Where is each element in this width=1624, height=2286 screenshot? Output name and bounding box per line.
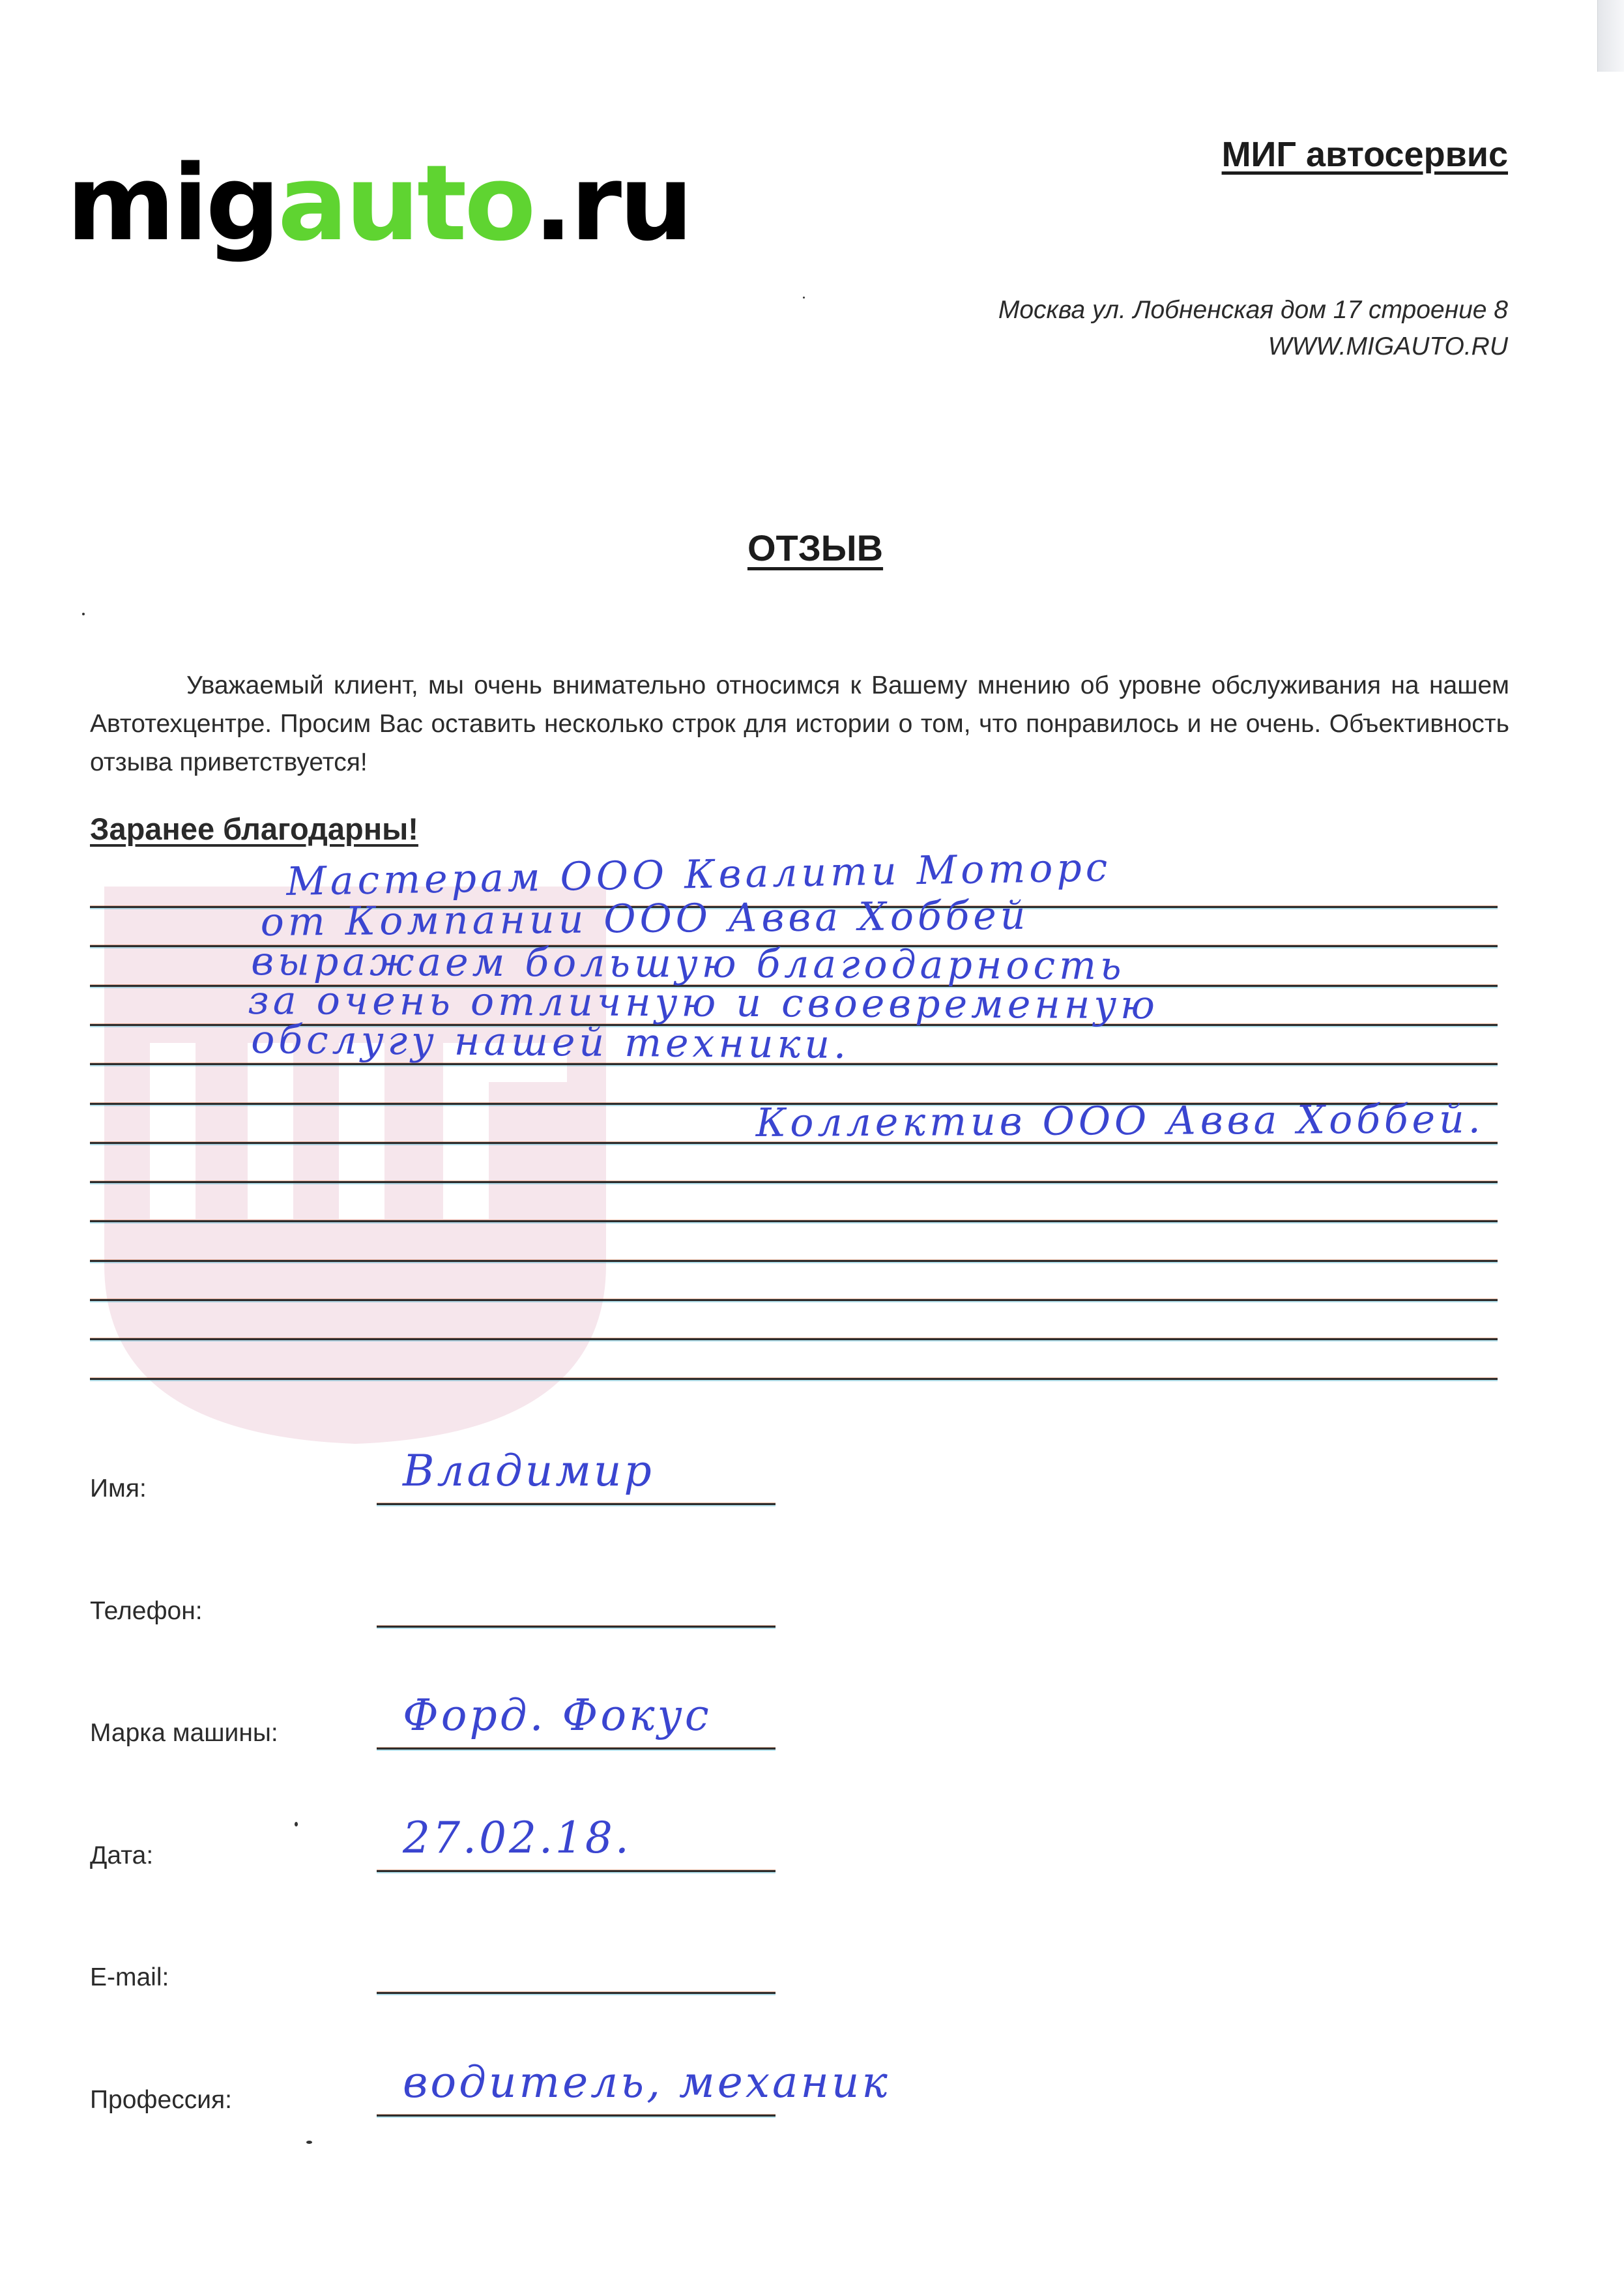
email-field[interactable]	[377, 1992, 776, 1994]
ruled-line	[90, 1220, 1498, 1222]
handwritten-review-line: обслугу нашей техники.	[251, 1017, 850, 1068]
ruled-line	[90, 1378, 1498, 1380]
logo-accent: auto	[278, 142, 533, 264]
scan-speck	[82, 613, 85, 615]
email-label: E-mail:	[90, 1963, 169, 1992]
handwritten-review-line: Коллектив ООО Авва Хоббей.	[756, 1096, 1485, 1146]
date-value: 27.02.18.	[403, 1813, 631, 1863]
migauto-logo: migauto.ru	[66, 151, 691, 256]
scan-speck	[803, 297, 805, 299]
thanks-heading: Заранее благодарны!	[90, 811, 418, 847]
scan-edge-artifact	[1597, 0, 1624, 72]
ruled-line	[90, 1181, 1498, 1183]
car-brand-field[interactable]	[377, 1748, 776, 1750]
company-address: Москва ул. Лобненская дом 17 строение 8	[998, 292, 1508, 329]
ruled-line	[90, 1299, 1498, 1301]
company-website: WWW.MIGAUTO.RU	[998, 329, 1508, 365]
date-label: Дата:	[90, 1841, 153, 1870]
phone-field[interactable]	[377, 1626, 776, 1628]
ruled-line	[90, 1338, 1498, 1340]
feedback-form-page: migauto.ru МИГ автосервис Москва ул. Лоб…	[0, 0, 1624, 2286]
phone-label: Телефон:	[90, 1597, 203, 1626]
profession-field[interactable]	[377, 2115, 776, 2117]
logo-suffix: .ru	[533, 142, 691, 264]
name-value: Владимир	[403, 1446, 654, 1496]
document-title: ОТЗЫВ	[747, 527, 883, 568]
document-title-wrap: ОТЗЫВ	[0, 527, 1624, 569]
company-contacts: Москва ул. Лобненская дом 17 строение 8 …	[998, 292, 1508, 365]
car-brand-label: Марка машины:	[90, 1719, 278, 1748]
company-name: МИГ автосервис	[1222, 134, 1508, 175]
handwritten-review-line: от Компании ООО Авва Хоббей	[260, 893, 1029, 945]
profession-label: Профессия:	[90, 2086, 232, 2115]
name-label: Имя:	[90, 1474, 147, 1503]
scan-speck	[306, 2141, 312, 2144]
intro-paragraph: Уважаемый клиент, мы очень внимательно о…	[90, 666, 1509, 782]
ruled-line	[90, 1260, 1498, 1262]
car-brand-value: Форд. Фокус	[403, 1690, 712, 1740]
logo-prefix: mig	[66, 142, 278, 264]
scan-speck	[295, 1822, 298, 1826]
profession-value: водитель, механик	[403, 2057, 890, 2107]
date-field[interactable]	[377, 1870, 776, 1872]
name-field[interactable]	[377, 1503, 776, 1505]
